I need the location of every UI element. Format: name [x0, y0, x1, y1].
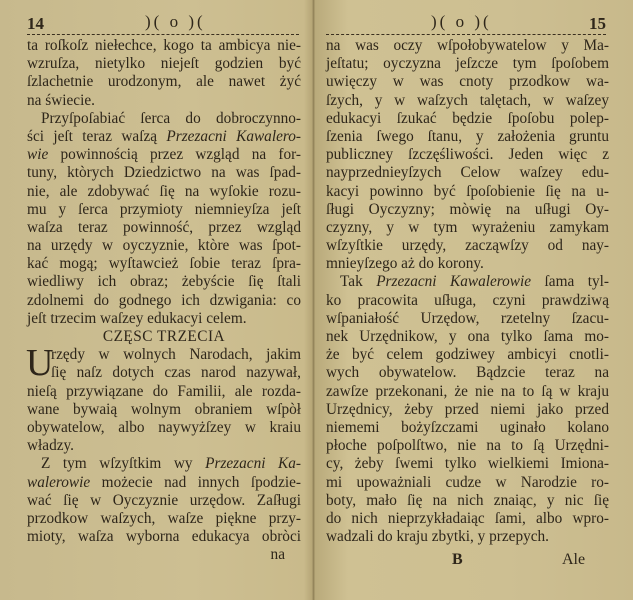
book-spread: 14 )( o )( ta roſkoſz niełechce, kogo ta… [0, 0, 633, 600]
text-line: nek Urzędnikow, y ona tylko ſama mo- [326, 328, 609, 346]
text-line: jeſtatu; oyczyzna jeſzcze tym ſpoſobem [326, 55, 609, 73]
text-line: obywatelow, albo naywyżſzey w kraiu [27, 419, 301, 437]
italic-address: walerowie [27, 474, 90, 491]
drop-cap-paragraph: U rzędy w wolnych Narodach, jakim ſię na… [27, 346, 301, 382]
text-line: edukacyi ſzukać będzie ſpoſobu polep- [326, 110, 609, 128]
text-line: zawſze przekonani, że nie na to ſą w kra… [326, 383, 609, 401]
text-line: tuny, ktòrych Dziedzictwo na was ſpad- [27, 164, 301, 182]
italic-address: Przezacni Kawalero- [166, 128, 301, 145]
text-line: nieſą przywiązane do Familii, ale rozda- [27, 383, 301, 401]
page-number: 14 [27, 14, 44, 34]
text-line: kać mogą; wyſtawcież ſobie teraz ſpra- [27, 255, 301, 273]
text-line: mnieyſzego aż do korony. [326, 255, 609, 273]
text-line: publiczney ſzczęśliwości. Jeden więc z [326, 146, 609, 164]
text-line: Przyſpoſabiać ſerca do dobroczynno- [27, 110, 301, 128]
text-line: jeſt trzecim waſzey edukacyi celem. [27, 310, 301, 328]
text-line: boty, mało ſię na nich znaiąc, y nic ſię [326, 492, 609, 510]
text-line: niememi bożyſzczami uginało kolano [326, 419, 609, 437]
ornament-icon: )( o )( [145, 12, 206, 32]
text-line: ſzenia ſwego ſtanu, y założenia gruntu [326, 128, 609, 146]
text-line: uwięczy w was cnoty przodkow wa- [326, 73, 609, 91]
text-line: płoche poſpolſtwo, nie na to ſą Urzędni- [326, 437, 609, 455]
text-line: rzędy w wolnych Narodach, jakim [27, 346, 301, 364]
text-line: wſpaniałość Urzędow, rzetelny ſzacu- [326, 310, 609, 328]
right-page: )( o )( 15 na was oczy wſpołobywatelow y… [314, 0, 633, 600]
text-line: ſzlachetnie urodzonym, ale nawet żyć [27, 73, 301, 91]
text-line: ſię naſz dotych czas narod nazywał, [27, 364, 301, 382]
text-line: władzy. [27, 437, 301, 455]
text-line: zdolnemi do godnego ich dzwigania: co [27, 292, 301, 310]
text-line: wane bywaią wolnym obraniem wſpòł [27, 401, 301, 419]
text-line: mioty, waſza wyborna edukacya obròci [27, 528, 301, 546]
text-line: przodkow waſzych, waſze piękne przy- [27, 510, 301, 528]
ornament-icon: )( o )( [431, 12, 492, 32]
text-line: na świecie. [27, 92, 301, 110]
italic-address: wie [27, 146, 48, 163]
running-head-right: )( o )( 15 [326, 10, 606, 34]
text-line: Urzędnicy, żeby przed niemi jako przed [326, 401, 609, 419]
head-rule [27, 34, 299, 35]
left-page-text: ta roſkoſz niełechce, kogo ta ambicya ni… [27, 37, 301, 564]
text-line: wać ſię w Oyczyznie urzędow. Zaſługi [27, 492, 301, 510]
text-line: ści jeſt teraz waſzą Przezacni Kawalero- [27, 128, 301, 146]
text-line: waſza teraz powinność, przez wzgląd [27, 219, 301, 237]
text-line: kacyi powinno być ſpoſobienie ſię na u- [326, 183, 609, 201]
text-line: wadzali do kraju zbytki, y przepych. [326, 528, 609, 546]
left-page: 14 )( o )( ta roſkoſz niełechce, kogo ta… [0, 0, 311, 600]
catchword: Ale [562, 551, 585, 569]
text-line: ſzych, y w waſzych talętach, w waſzey [326, 92, 609, 110]
text-line: nayprzednieyſzych Celow waſzey edu- [326, 164, 609, 182]
text-line: Z tym wſzyſtkim wy Przezacni Ka- [27, 455, 301, 473]
text-line: ſługi Oyczyzny; mòwię na uſługi Oy- [326, 201, 609, 219]
text-line: walerowie możecie nad innych ſpodzie- [27, 474, 301, 492]
text-line: ko pracowita uſługa, czyni prawdziwą [326, 292, 609, 310]
text-line: wſzyſtkie urzędy, zacząwſzy od nay- [326, 237, 609, 255]
signature-mark: B [452, 551, 463, 569]
text-line: ta roſkoſz niełechce, kogo ta ambicya ni… [27, 37, 301, 55]
text-line: wzruſza, nietylko niejeſt godzien być [27, 55, 301, 73]
text-line: cy, żeby ſwemi tylko wielkiemi Imiona- [326, 455, 609, 473]
text-line: wie powinnością przez wzgląd na for- [27, 146, 301, 164]
head-rule [326, 34, 606, 35]
italic-address: Przezacni Kawalerowie [376, 273, 531, 290]
text-line: czyzny, y w tym wyrażeniu zamykam [326, 219, 609, 237]
catchword: na [27, 546, 301, 564]
running-head-left: 14 )( o )( [27, 10, 299, 34]
text-line: że być celem godziwey ambicyi cnotli- [326, 346, 609, 364]
text-line: Tak Przezacni Kawalerowie ſama tyl- [326, 273, 609, 291]
text-line: wiedliwy ich obraz; żebyście ſię ſtali [27, 273, 301, 291]
page-number: 15 [589, 14, 606, 34]
right-page-text: na was oczy wſpołobywatelow y Ma- jeſtat… [326, 37, 609, 546]
text-line: nie, ale zdobywać ſię na wyſokie rozu- [27, 183, 301, 201]
text-line: na urzędy w oyczyznie, ktòre was ſpot- [27, 237, 301, 255]
italic-address: Przezacni Ka- [205, 455, 301, 472]
text-line: mi upoważniali cudze w Narodzie ro- [326, 474, 609, 492]
text-line: mu y ſerca przymioty niemnieyſza jeſt [27, 201, 301, 219]
text-line: na was oczy wſpołobywatelow y Ma- [326, 37, 609, 55]
drop-cap: U [26, 345, 53, 381]
text-line: wych obywatelow. Bądzcie teraz na [326, 364, 609, 382]
text-line: do nich nieprzykładaiąc ſami, albo wpro- [326, 510, 609, 528]
section-title: CZĘSC TRZECIA [27, 328, 301, 346]
